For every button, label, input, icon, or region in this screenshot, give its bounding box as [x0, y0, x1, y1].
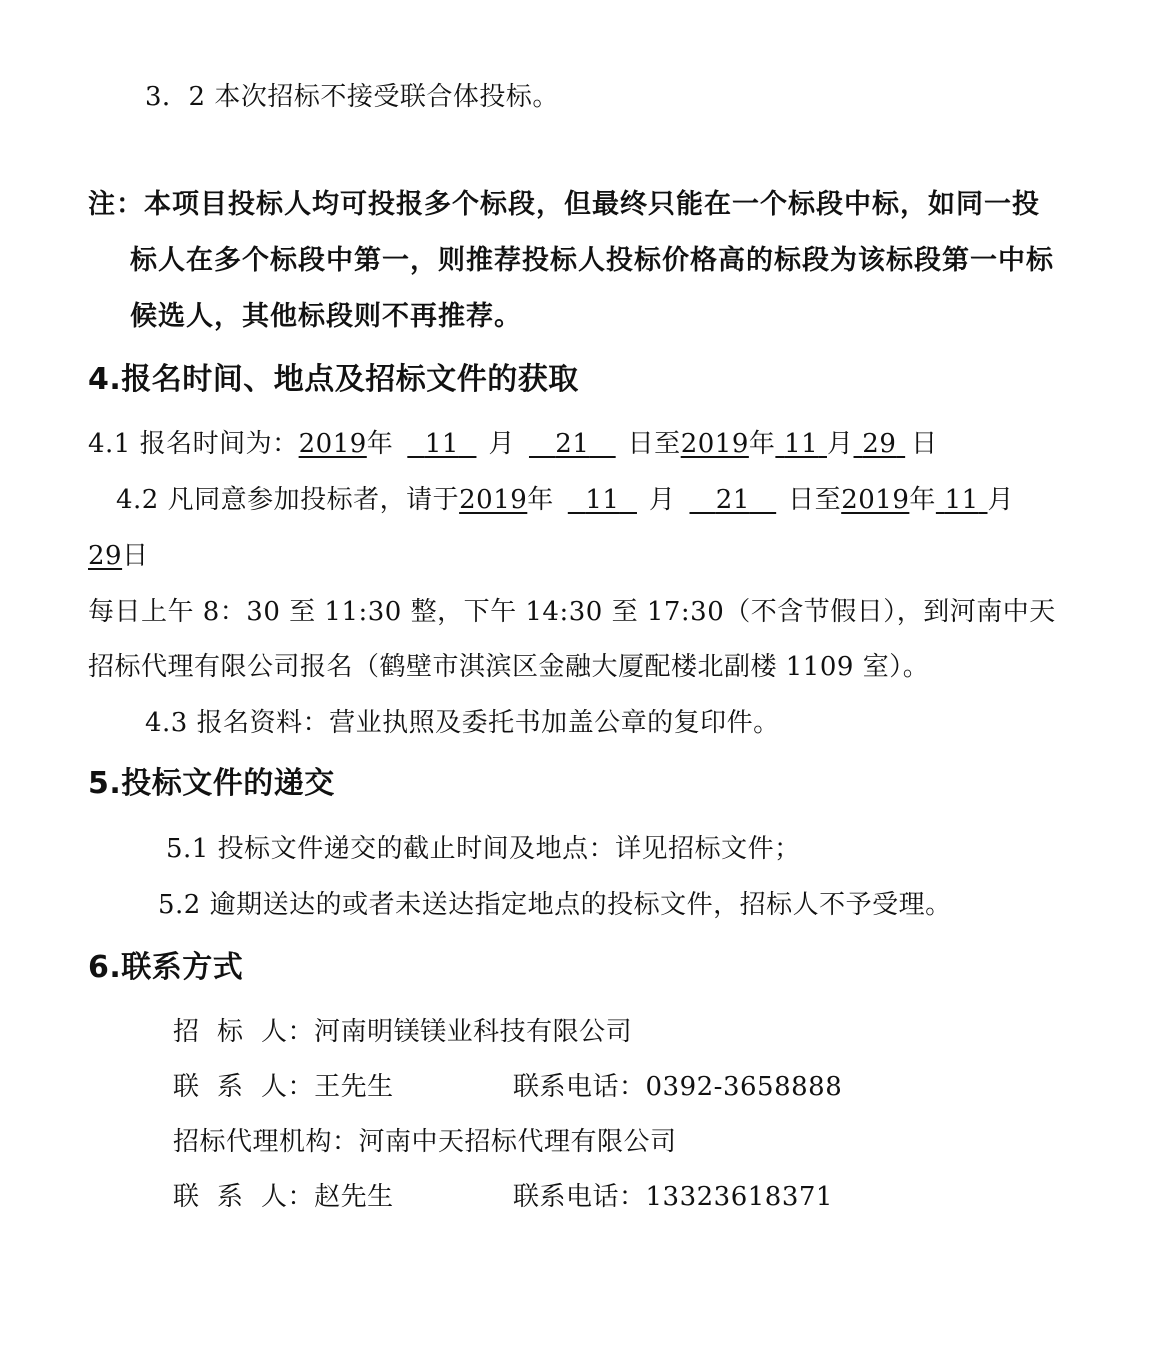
note-line-1: 注：本项目投标人均可投报多个标段，但最终只能在一个标段中标，如同一投 — [88, 188, 1040, 222]
item-4-2-prefix: 4.2 凡同意参加投标者，请于 — [116, 485, 459, 515]
day-label: 日 — [122, 541, 149, 571]
start-month: 11 — [407, 429, 476, 459]
start-day: 21 — [689, 485, 776, 515]
office-hours-line-2: 招标代理有限公司报名（鹤壁市淇滨区金融大厦配楼北副楼 1109 室）。 — [88, 650, 929, 684]
item-4-2: 4.2 凡同意参加投标者，请于2019年 11 月 21 日至2019年 11 … — [116, 483, 1014, 517]
item-4-2-continued: 29日 — [88, 539, 149, 573]
item-4-3: 4.3 报名资料：营业执照及委托书加盖公章的复印件。 — [145, 706, 780, 740]
phone-2-label: 联系电话： — [513, 1182, 646, 1212]
end-year: 2019 — [681, 429, 749, 459]
note-line-3: 候选人，其他标段则不再推荐。 — [130, 300, 522, 334]
month-label: 月 — [649, 485, 676, 515]
end-month: 11 — [936, 485, 988, 515]
phone-1-value: 0392-3658888 — [646, 1072, 843, 1102]
end-month: 11 — [775, 429, 827, 459]
contact-row-2: 联 系 人：赵先生 联系电话：13323618371 — [173, 1180, 873, 1214]
year-label: 年 — [527, 485, 554, 515]
contact-row-1: 联 系 人：王先生 联系电话：0392-3658888 — [173, 1070, 873, 1104]
start-year: 2019 — [299, 429, 367, 459]
year-label: 年 — [367, 429, 394, 459]
contact-2-value: 赵先生 — [314, 1182, 394, 1212]
month-label: 月 — [488, 429, 515, 459]
item-4-1-prefix: 4.1 报名时间为： — [88, 429, 299, 459]
office-hours-line-1: 每日上午 8：30 至 11:30 整，下午 14:30 至 17:30（不含节… — [88, 595, 1056, 629]
tenderer-row: 招 标 人：河南明镁镁业科技有限公司 — [173, 1015, 632, 1049]
item-3-2: 3．2 本次招标不接受联合体投标。 — [145, 80, 559, 114]
tenderer-label: 招 标 人： — [173, 1017, 314, 1047]
end-day: 29 — [854, 429, 906, 459]
phone-1-label: 联系电话： — [513, 1072, 646, 1102]
agency-label: 招标代理机构： — [173, 1127, 359, 1157]
section-4-heading: 4.报名时间、地点及招标文件的获取 — [88, 360, 579, 400]
phone-2-value: 13323618371 — [646, 1182, 833, 1212]
month-label: 月 — [827, 429, 854, 459]
to-label: 日至 — [788, 485, 841, 515]
agency-value: 河南中天招标代理有限公司 — [359, 1127, 677, 1157]
to-label: 日至 — [628, 429, 681, 459]
section-6-heading: 6.联系方式 — [88, 948, 243, 988]
tenderer-value: 河南明镁镁业科技有限公司 — [314, 1017, 632, 1047]
item-5-2: 5.2 逾期送达的或者未送达指定地点的投标文件，招标人不予受理。 — [158, 888, 952, 922]
end-day: 29 — [88, 541, 122, 571]
phone-1: 联系电话：0392-3658888 — [513, 1070, 842, 1104]
start-day: 21 — [529, 429, 616, 459]
end-year: 2019 — [841, 485, 909, 515]
note-line-2: 标人在多个标段中第一，则推荐投标人投标价格高的标段为该标段第一中标 — [130, 244, 1054, 278]
phone-2: 联系电话：13323618371 — [513, 1180, 833, 1214]
year-label: 年 — [749, 429, 776, 459]
year-label: 年 — [909, 485, 936, 515]
day-label: 日 — [911, 429, 938, 459]
section-5-heading: 5.投标文件的递交 — [88, 764, 335, 804]
agency-row: 招标代理机构：河南中天招标代理有限公司 — [173, 1125, 677, 1159]
item-4-1: 4.1 报名时间为：2019年 11 月 21 日至2019年 11 月 29 … — [88, 427, 938, 461]
contact-1-label: 联 系 人： — [173, 1072, 314, 1102]
contact-2-label: 联 系 人： — [173, 1182, 314, 1212]
start-year: 2019 — [459, 485, 527, 515]
contact-1-value: 王先生 — [314, 1072, 394, 1102]
month-label: 月 — [988, 485, 1015, 515]
start-month: 11 — [568, 485, 637, 515]
item-5-1: 5.1 投标文件递交的截止时间及地点：详见招标文件； — [166, 832, 801, 866]
